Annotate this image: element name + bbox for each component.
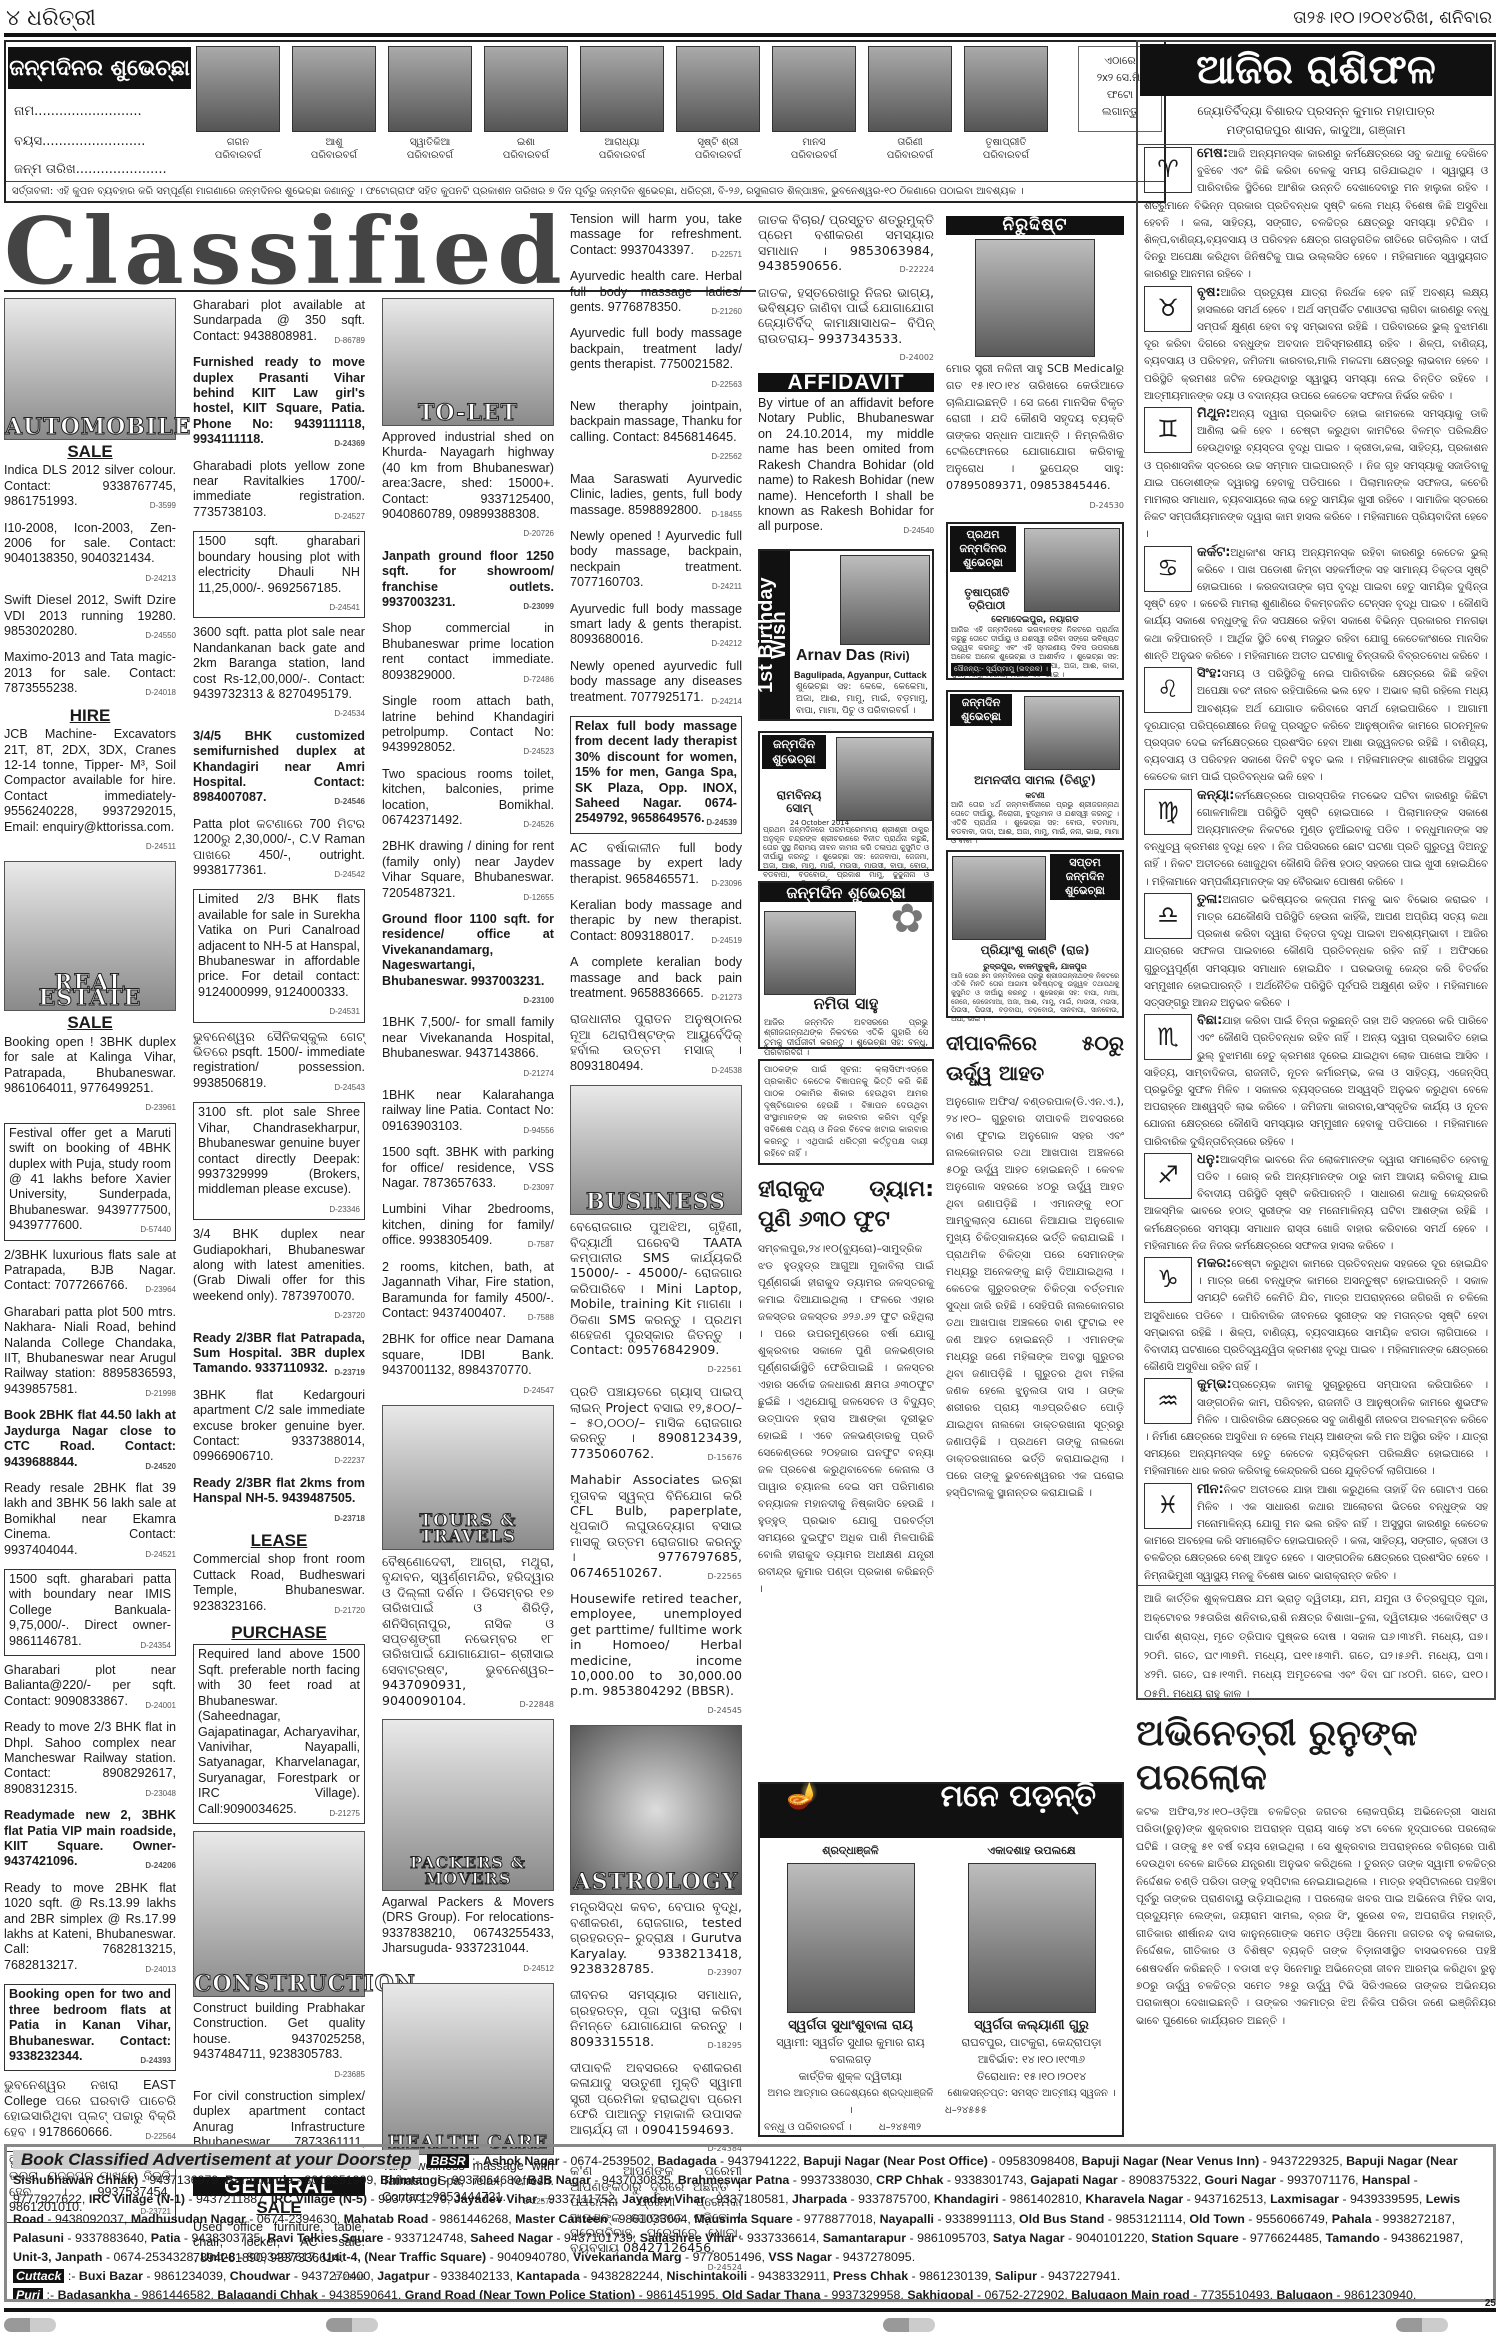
section-heading: SALE — [4, 1015, 176, 1030]
classified-ad: Relax full body massage from decent lady… — [570, 716, 742, 834]
classified-ad: Ayurvedic health care. Herbal full body … — [570, 269, 742, 319]
classified-ad: Swift Diesel 2012, Swift Dzire VDI 2013 … — [4, 593, 176, 643]
horoscope-sign: ♌ସିଂହ:ସମୟ ଓ ପରିସ୍ଥିତିକୁ ନେଇ ପାରିବାରିକ କ୍… — [1138, 665, 1494, 786]
person-name: ଇଶା — [484, 136, 568, 149]
classified-column-1: AUTOMOBILE SALE Indica DLS 2012 silver c… — [4, 298, 176, 2230]
classified-ad: Ready 2/3BR flat Patrapada, Sum Hospital… — [193, 1331, 365, 1381]
ad-code: D-24543 — [334, 1080, 365, 1095]
centre-name: Kantapada — [516, 2269, 579, 2283]
centre-name: Satya Nagar — [993, 2231, 1065, 2245]
classified-ad: ମନ୍ତ୍ରସିଦ୍ଧ କବଚ, ବେପାର ବୃଦ୍ଧି, ବଶୀକରଣ, ର… — [570, 1899, 742, 1980]
birthday-coupon-title: ଜନ୍ମଦିନର ଶୁଭେଚ୍ଛା — [8, 47, 191, 89]
wish-title: ଜନ୍ମଦିନ ଶୁଭେଚ୍ଛା — [950, 694, 1012, 726]
tours-label: TOURS & TRAVELS — [383, 1514, 553, 1545]
horoscope-sign: ♋କର୍କଟ:ଅଧିକାଂଶ ସମୟ ଅନ୍ୟମନସ୍କ ରହିବା କାରଣର… — [1138, 544, 1494, 665]
centre-phone: 9338991113 — [945, 2212, 1012, 2226]
centre-name: Samantarapur — [823, 2231, 906, 2245]
deceased-photo — [787, 1863, 915, 2013]
classified-ad: ଭୁବନେଶ୍ୱର ସୈନିକସ୍କୁଲ ଗେଟ୍ ଭିତରେ psqft. 1… — [193, 1030, 365, 1096]
memorial-right: ଏକାଦଶାହ ଉପଲକ୍ଷେ ସ୍ୱର୍ଗତା କଲ୍ୟାଣୀ ଗୁରୁ ରା… — [941, 1838, 1122, 2140]
sign-name: ମକର: — [1197, 1256, 1231, 1271]
memorial-label: ଶ୍ରଦ୍ଧାଞ୍ଜଳି — [764, 1842, 937, 1859]
ad-list: Commercial shop front room Cuttack Road,… — [193, 1552, 365, 1618]
ad-code: D-24521 — [145, 1547, 176, 1562]
centre-phone: 9438621987 — [1391, 2231, 1460, 2245]
classified-ad: New theraphy jointpain, backpain massage… — [570, 399, 742, 465]
memorial-line: କାର୍ତ୍ତିକ ଶୁକ୍ଳ ଦ୍ୱିତୀୟା — [764, 2068, 937, 2085]
centre-name: Sakhigopal — [907, 2288, 973, 2302]
ad-list: Indica DLS 2012 silver colour. Contact: … — [4, 463, 176, 700]
centre-name: Bhimtangi — [380, 2173, 441, 2187]
memorial-line: ଅମର ଆତ୍ମାର ଉଦ୍ଦେଶ୍ୟରେ ଶ୍ରଦ୍ଧାଞ୍ଜଳି । — [764, 2085, 937, 2119]
classified-ad: Booking open for two and three bedroom f… — [4, 1984, 176, 2071]
ad-code: D-23097 — [523, 1180, 554, 1195]
news-headline: ହୀରାକୁଦ ଡ୍ୟାମ: ପୁଣି ୬୩୦ ଫୁଟ — [758, 1175, 934, 1235]
ad-list: Booking open ! 3BHK duplex for sale at K… — [4, 1035, 176, 2223]
centre-phone: 9338402133 — [441, 2269, 510, 2283]
sign-name: କୁମ୍ଭ: — [1197, 1377, 1232, 1392]
classified-ad: Readymade new 2, 3BHK flat Patia VIP mai… — [4, 1808, 176, 1874]
astrologer-place: ମଙ୍ଗରାଜପୁର ଶାସନ, କାଦୁଆ, ଗଞ୍ଜାମ — [1138, 121, 1494, 140]
person-caption: ପରିବାରବର୍ଗ — [292, 149, 376, 162]
wish-title: ଜନ୍ମଦିନ ଶୁଭେଚ୍ଛା — [762, 735, 826, 769]
classified-ad: Tension will harm you, take massage for … — [570, 212, 742, 262]
classified-ad: 1500 sqft. gharabari patta with boundary… — [4, 1569, 176, 1656]
ad-code: D-24534 — [334, 706, 365, 721]
child-name-text: Arnav Das — [796, 647, 875, 664]
centre-name: Baramunda — [225, 2173, 293, 2187]
birthday-photo-card: ସୃଷ୍ଟି ଶ୍ରୀପରିବାରବର୍ଗ — [676, 46, 760, 162]
automobile-image: AUTOMOBILE — [4, 298, 176, 440]
classified-ad: 3/4/5 BHK customized semifurnished duple… — [193, 729, 365, 810]
classified-ad: 3BHK flat Kedargouri apartment C/2 sale … — [193, 1388, 365, 1469]
ad-code: D-3599 — [150, 498, 176, 513]
centre-name: Old Sadar Thana — [722, 2288, 820, 2302]
centre-phone: 9861095703 — [917, 2231, 986, 2245]
birthday-photo-card: ତୃଷାପ୍ରୀତିପରିବାରବର୍ଗ — [964, 46, 1048, 162]
ad-code: D-72486 — [523, 672, 554, 687]
classified-ad: Shop commercial in Bhubaneswar prime loc… — [382, 621, 554, 687]
ad-list: Required land above 1500 Sqft. preferabl… — [193, 1644, 365, 1823]
page-number: 25 — [1485, 2298, 1496, 2309]
centre-phone: 06752-272902 — [984, 2288, 1064, 2302]
centre-phone: 9437229325 — [1270, 2154, 1339, 2168]
ad-code: D-18295 — [708, 2038, 743, 2053]
birthday-wish-ramabinaya: ଜନ୍ମଦିନ ଶୁଭେଚ୍ଛା ରାମବିନୟ ସୋମ୍ 24 October… — [758, 731, 934, 871]
birthday-photo-card: ଆରାଧ୍ୟାପରିବାରବର୍ଗ — [580, 46, 664, 162]
centre-phone: 8018251909 — [304, 2173, 373, 2187]
page-date: ତା୨୫।୧୦।୨୦୧୪ରିଖ, ଶନିବାର — [1293, 8, 1492, 28]
centre-phone: 9861230139 — [919, 2269, 988, 2283]
centre-phone: 9938272187 — [1383, 2212, 1452, 2226]
ad-code: D-24538 — [711, 1063, 742, 1078]
ad-text: 3BHK flat Kedargouri apartment C/2 sale … — [193, 1388, 365, 1464]
classified-ad: Limited 2/3 BHK flats available for sale… — [193, 889, 365, 1022]
ad-code: D-21275 — [329, 1806, 360, 1821]
ad-code: D-24530 — [1090, 498, 1125, 515]
ad-code: D-18455 — [711, 507, 742, 522]
centre-phone: 9438332911 — [758, 2269, 826, 2283]
centre-name: Master Canteen — [515, 2212, 607, 2226]
ad-code: D-22563 — [711, 377, 742, 392]
centre-name: Palasuni — [13, 2231, 64, 2245]
sign-name: ମିଥୁନ: — [1197, 406, 1231, 421]
centre-phone: 9853121114 — [1115, 2212, 1182, 2226]
sign-text: ପ୍ରତ୍ୟେକ କାମକୁ ସୁଚାରୁରୂପେ ସମ୍ପାଦନା କରିପା… — [1144, 1379, 1488, 1477]
footer-lead: Book Classified Advertisement at your Do… — [13, 2150, 419, 2169]
construction-label: CONSTRUCTION — [194, 1977, 364, 1992]
region-tag: BBSR — [427, 2154, 468, 2168]
classified-ad: Maximo-2013 and Tata magic-2013 for sale… — [4, 650, 176, 700]
ad-code: D-24212 — [711, 636, 742, 651]
to-let-image: TO-LET — [382, 298, 554, 426]
ad-text: Approved industrial shed on Khurda- Naya… — [382, 430, 554, 521]
classified-ad: I10-2008, Icon-2003, Zen-2006 for sale. … — [4, 521, 176, 587]
deceased-name: ସ୍ୱର୍ଗତା କଲ୍ୟାଣୀ ଗୁରୁ — [945, 2017, 1118, 2034]
centre-phone: 8093497617 — [246, 2250, 315, 2264]
centre-phone: 9337883640 — [75, 2231, 144, 2245]
centre-name: Unit-8 — [200, 2250, 235, 2264]
horoscope-sign: ♏ବିଛା:ଯାହା କରିବା ପାଇଁ ଚିନ୍ତା କରୁଛନ୍ତି ତା… — [1138, 1012, 1494, 1151]
ad-text: 3600 sqft. patta plot sale near Nandanka… — [193, 625, 365, 701]
ad-list: Agarwal Packers & Movers (DRS Group). Fo… — [382, 1895, 554, 1976]
memorial-line: ତିରୋଧାନ: ୧୫।୧୦।୨୦୧୪ — [945, 2068, 1118, 2085]
centre-phone: 9861451995 — [646, 2288, 715, 2302]
classified-ad: 2 rooms, kitchen, bath, at Jagannath Vih… — [382, 1260, 554, 1326]
automobile-label: AUTOMOBILE — [5, 420, 175, 435]
ad-code: D-24354 — [140, 1638, 171, 1653]
horoscope-sign: ♎ତୁଳା:ଅନାଗତ ଭବିଷ୍ୟତର କଳ୍ପନା ମନକୁ ଭାବ ବିଭ… — [1138, 891, 1494, 1012]
classified-ad: 3100 sft. plot sale Shree Vihar, Chandra… — [193, 1102, 365, 1220]
memorial-line: ରାଘବପୁର, ପାଟକୁରା, କେନ୍ଦ୍ରାପଡ଼ା — [945, 2034, 1118, 2051]
centre-name: Mahatab Road — [344, 2212, 429, 2226]
classified-ad: Furnished ready to move duplex Prasanti … — [193, 355, 365, 451]
ad-code: D-24545 — [708, 1703, 743, 1718]
birthday-photo-card: ଇଶାପରିବାରବର୍ଗ — [484, 46, 568, 162]
sign-text: କର୍ମକ୍ଷେତ୍ରରେ ପାରସ୍ପରିକ ମତଭେଦ ଘଟିବା କାରଣ… — [1144, 790, 1488, 888]
birthday-photo-card: ଆଶୁପରିବାରବର୍ଗ — [292, 46, 376, 162]
centre-phone: 9337875700 — [858, 2192, 927, 2206]
ad-list: ବୈଷ୍ଣୋଦେବୀ, ଆଗ୍ରା, ମଥୁରା, ବୃନ୍ଦାବନ, ସ୍ୱର… — [382, 1554, 554, 1712]
ad-text: 3/4 BHK duplex near Gudiapokhari, Bhuban… — [193, 1227, 365, 1303]
sign-name: ତୁଳା: — [1197, 892, 1223, 907]
centre-name: Balagandi Chhak — [217, 2288, 318, 2302]
centre-phone: 9437211887 — [196, 2192, 264, 2206]
sagittarius-icon: ♐ — [1144, 1153, 1192, 1199]
person-photo — [764, 911, 856, 995]
sign-text: ଆକସ୍ମିକ ଭାବରେ ନିଜ ଲୋକମାନଙ୍କ ଦ୍ୱାରା ସମାଲୋ… — [1144, 1154, 1488, 1252]
news-headline: ଦୀପାବଳିରେ ୫୦ରୁ ଊର୍ଦ୍ଧ୍ୱ ଆହତ — [946, 1028, 1124, 1088]
person-name: ମାନସ — [772, 136, 856, 149]
ad-text: ବୈଷ୍ଣୋଦେବୀ, ଆଗ୍ରା, ମଥୁରା, ବୃନ୍ଦାବନ, ସ୍ୱର… — [382, 1554, 554, 1708]
wish-text: ଆଜି ତୋର ୪ର୍ଥ ଜନ୍ମବାର୍ଷିକୀରେ ପ୍ରଭୁ ଶ୍ରୀଜଗ… — [951, 800, 1119, 845]
centre-name: Bapuji Nagar (Near Venus Inn) — [1082, 2154, 1260, 2168]
wish-courtesy: ସୌଜନ୍ୟ:- ସୂର୍ଯ୍ୟମାମୁ (ଭଦ୍ରକ) । — [951, 663, 1051, 676]
birthday-photo-card: ଗଗନପରିବାରବର୍ଗ — [196, 46, 280, 162]
classified-ad: Ready to move 2BHK flat 1020 sqft. @ Rs.… — [4, 1881, 176, 1977]
sign-name: କର୍କଟ: — [1197, 545, 1230, 560]
centre-phone: 9778877018 — [804, 2212, 873, 2226]
centre-name: Station Square — [1151, 2231, 1238, 2245]
classified-ad: Gharabari plot available at Sundarpada @… — [193, 298, 365, 348]
person-name: ତୃଷାପ୍ରୀତି — [964, 136, 1048, 149]
aquarius-icon: ♒ — [1144, 1378, 1192, 1424]
person-name: ଆଶୁ — [292, 136, 376, 149]
horoscope-sign: ♑ମକର:ଚେଷ୍ଟା କରୁଥିବା କାମରେ ପ୍ରତିବନ୍ଧକ ସହଜ… — [1138, 1255, 1494, 1376]
ad-text: Booking open for two and three bedroom f… — [9, 1987, 171, 2063]
ad-code: D-57440 — [140, 1222, 171, 1237]
child-photo — [1024, 696, 1120, 770]
memorial-line: ସ୍ୱାମୀ: ସ୍ୱର୍ଗତ ସୁଧୀର କୁମାର ରାୟ — [764, 2034, 937, 2051]
person-photo — [292, 46, 376, 132]
centre-phone: 9337111752 — [548, 2192, 615, 2206]
affidavit-heading: AFFIDAVIT — [758, 373, 934, 392]
child-nick: (Rivi) — [880, 649, 910, 663]
ad-code: D-7588 — [528, 1310, 554, 1325]
classified-column-3: TO-LET Approved industrial shed on Khurd… — [382, 298, 554, 2216]
classified-ad: Commercial shop front room Cuttack Road,… — [193, 1552, 365, 1618]
person-photo — [388, 46, 472, 132]
sign-name: ବିଛା: — [1197, 1013, 1222, 1028]
centre-name: Nayapalli — [880, 2212, 934, 2226]
classified-ad: Maa Saraswati Ayurvedic Clinic, ladies, … — [570, 472, 742, 522]
horoscope-sign: ♈ମେଷ:ଆଜି ଅନ୍ୟମନସ୍କ କାରଣରୁ କର୍ମକ୍ଷେତ୍ରରେ … — [1138, 145, 1494, 284]
centre-phone: 9556066749 — [1256, 2212, 1325, 2226]
lamp-icon: 🪔 — [786, 1788, 818, 1805]
ad-code: D-22561 — [708, 1362, 743, 1377]
ad-code: D-24018 — [145, 685, 176, 700]
gemini-icon: ♊ — [1144, 407, 1192, 453]
section-heading: HIRE — [4, 708, 176, 723]
ad-list: Tension will harm you, take massage for … — [570, 212, 742, 1078]
health-care-image: HEALTH CARE — [382, 1983, 554, 2155]
person-name: ଗଗନ — [196, 136, 280, 149]
ad-code: D-24539 — [706, 815, 737, 830]
classified-column-2: Gharabari plot available at Sundarpada @… — [193, 298, 365, 2292]
news-headline: ଅଭିନେତ୍ରୀ ରୁନୁଙ୍କ ପରଲୋକ — [1136, 1712, 1496, 1800]
horoscope-sign: ♉ବୃଷ:ଆଜିର ପ୍ରତ୍ୟୂଷ ଯାତ୍ରା ନିରର୍ଥକ ହେବ ନା… — [1138, 284, 1494, 405]
birthday-coupon-strip: ଜନ୍ମଦିନର ଶୁଭେଚ୍ଛା ନାମ...................… — [4, 40, 1166, 203]
classified-ad: 2/3BHK luxurious flats sale at Patrapada… — [4, 1248, 176, 1298]
ad-text: Festival offer get a Maruti swift on boo… — [9, 1126, 171, 1232]
memorial-box: 🪔ମନେ ପଡ଼ନ୍ତି ଶ୍ରଦ୍ଧାଞ୍ଜଳି ସ୍ୱର୍ଗତା ସୁଧାଂ… — [758, 1782, 1124, 2137]
news-body: ସମ୍ବଲପୁର,୨୪।୧୦(ବ୍ୟୁରୋ)–ସାମୁଦ୍ରିକ ଝଡ ହୁଡ୍… — [758, 1241, 934, 1598]
sign-name: ମୀନ: — [1197, 1482, 1224, 1497]
ad-code: D-24550 — [145, 628, 176, 643]
centre-phone: 9337124748 — [394, 2231, 463, 2245]
centre-phone: 9861033004 — [618, 2212, 687, 2226]
classified-ad: ଜାତକ, ହସ୍ତରେଖାରୁ ନିଜର ଭାଗ୍ୟ, ଭବିଷ୍ୟତ ଜାଣ… — [758, 285, 934, 366]
classified-ad: 1500 sqft. 3BHK with parking for office/… — [382, 1145, 554, 1195]
horoscope-title: ଆଜିର ରାଶିଫଳ — [1140, 44, 1492, 96]
person-caption: ପରିବାରବର୍ଗ — [196, 149, 280, 162]
child-photo — [840, 555, 930, 645]
person-name: ସୃଷ୍ଟି ଶ୍ରୀ — [676, 136, 760, 149]
news-body: ଅନୁଗୋଳ ଅଫିସ/ ବଣ୍ଡରପାଳ(ଡି.ଏନ.ଏ.), ୨୪।୧୦– … — [946, 1094, 1124, 1502]
classified-column-4: Tension will harm you, take massage for … — [570, 212, 742, 2282]
page-paper-label: ୪ ଧରିତ୍ରୀ — [6, 6, 96, 31]
person-caption: ପରିବାରବର୍ଗ — [484, 149, 568, 162]
centre-phone: 9937329958 — [832, 2288, 901, 2302]
birthday-photo-card: ସ୍ୱାତିକିଆପରିବାରବର୍ଗ — [388, 46, 472, 162]
centre-phone: 9861402810 — [1010, 2192, 1079, 2206]
ad-code: D-24540 — [903, 523, 934, 538]
classified-ad: Keralian body massage and therapic by ne… — [570, 898, 742, 948]
ad-text: JCB Machine- Excavators 21T, 8T, 2DX, 3D… — [4, 727, 176, 833]
centre-phone: 9437162513 — [1194, 2192, 1263, 2206]
classified-ad: ଭୁବନେଶ୍ୱର ନଖରା EAST College ପରେ ଘରବାଡି ପ… — [4, 2078, 176, 2144]
missing-text: ମୋର ସ୍ତ୍ରୀ ନଳିନୀ ସାହୁ SCB Medicalରୁ ଗତ ୧… — [946, 362, 1124, 491]
birthday-wish-namita: ଜନ୍ମଦିନ ଶୁଭେଚ୍ଛା ✿ ନମିତା ସାହୁ ଆଜିର ଜନ୍ମଦ… — [758, 881, 934, 1049]
ad-code: D-7587 — [528, 1237, 554, 1252]
memorial-title: 🪔ମନେ ପଡ଼ନ୍ତି — [760, 1784, 1122, 1838]
sign-name: ବୃଷ: — [1197, 285, 1221, 300]
child-photo — [836, 737, 932, 821]
person-caption: ପରିବାରବର୍ଗ — [388, 149, 472, 162]
ad-code: D-22571 — [711, 247, 742, 262]
ad-code: D-22237 — [334, 1453, 365, 1468]
centre-name: Saheed Nagar — [470, 2231, 553, 2245]
centre-phone: 9861234039 — [154, 2269, 223, 2283]
memorial-footer-text: ବନ୍ଧୁ ଓ ପରିବାରବର୍ଗ । — [764, 2122, 852, 2133]
wish-text: ପ୍ରଥମ ଜନ୍ମଦିନରେ ପରମପ୍ରେମମୟ ଶ୍ରୀଶ୍ରୀ ଠାକୁ… — [763, 825, 929, 888]
ad-code: D-24547 — [523, 1383, 554, 1398]
centre-phone: 9337180581 — [716, 2192, 785, 2206]
centre-phone: 9337336614 — [747, 2231, 816, 2245]
ad-code: D-21273 — [711, 990, 742, 1005]
centre-name: Ravi Talkies Square — [267, 2231, 383, 2245]
centre-name: Gajapati Nagar — [1030, 2173, 1117, 2187]
centre-phone: 9438282244 — [591, 2269, 660, 2283]
centre-phone: 9937071176 — [1287, 2173, 1355, 2187]
centre-name: Sailashree Vihar — [640, 2231, 736, 2245]
news-actress-obituary: ଅଭିନେତ୍ରୀ ରୁନୁଙ୍କ ପରଲୋକ କଟକ ଅଫିସ,୨୪।୧୦–ଓ… — [1136, 1712, 1496, 2030]
centre-name: Old Bus Stand — [1019, 2212, 1104, 2226]
libra-icon: ♎ — [1144, 893, 1192, 939]
centre-name: Ashok Nagar — [483, 2154, 559, 2168]
memorial-label: ଏକାଦଶାହ ଉପଲକ୍ଷେ — [945, 1842, 1118, 1859]
astrologer-name: ଜ୍ୟୋତିର୍ବିଦ୍ୟା ବିଶାରଦ ପ୍ରସନ୍ନ କୁମାର ମହାପ… — [1138, 102, 1494, 121]
centre-name: Jayadev Vihar — [622, 2192, 705, 2206]
centre-name: Choudwar — [230, 2269, 291, 2283]
ad-text: ଜାତକ, ହସ୍ତରେଖାରୁ ନିଜର ଭାଗ୍ୟ, ଭବିଷ୍ୟତ ଜାଣ… — [758, 285, 934, 346]
classified-ad: 3600 sqft. patta plot sale near Nandanka… — [193, 625, 365, 721]
pisces-icon: ♓ — [1144, 1483, 1192, 1529]
region-tag: Cuttack — [13, 2269, 64, 2283]
classified-ad: 1BHK 7,500/- for small family near Vivek… — [382, 1015, 554, 1081]
booking-centres-footer: Book Classified Advertisement at your Do… — [4, 2144, 1496, 2302]
centre-name: Brahmeswar Patna — [678, 2173, 790, 2187]
classified-ad: Agarwal Packers & Movers (DRS Group). Fo… — [382, 1895, 554, 1976]
person-photo — [868, 46, 952, 132]
wish-title: ସପ୍ତମ ଜନ୍ମଦିନ ଶୁଭେଚ୍ଛା — [1050, 854, 1120, 900]
ad-text: Gharabari patta plot 500 mtrs. Nakhara- … — [4, 1305, 176, 1396]
news-body: କଟକ ଅଫିସ,୨୪।୧୦–ଓଡ଼ିଆ ଚଳଚ୍ଚିତ୍ର ଜଗତର ଲୋକପ… — [1136, 1804, 1496, 2030]
centre-name: IRC Village (N-1) — [89, 2192, 185, 2206]
classified-ad: Festival offer get a Maruti swift on boo… — [4, 1123, 176, 1241]
readers-notice: ପାଠକଙ୍କ ପାଇଁ ସୂଚନା: କ୍ଲାସିଫାଏଡ୍‌ରେ ପ୍ରକା… — [758, 1059, 934, 1165]
person-caption: ପରିବାରବର୍ଗ — [676, 149, 760, 162]
ad-code: D-24369 — [334, 436, 365, 451]
centre-name: Tamando — [1326, 2231, 1380, 2245]
centre-phone: 9437030835 — [602, 2173, 671, 2187]
child-name: ଅମନଦୀପ ସାମଲ (ଚିଣ୍ଟୁ) — [948, 774, 1122, 787]
classified-ad: 2BHK drawing / dining for rent (family o… — [382, 839, 554, 905]
classified-ad: ଦୀପାବଳି ଅବସରରେ ବଶୀକରଣ କଳାଯାଦୁ ସଉତୁଣୀ ମୁକ… — [570, 2060, 742, 2156]
classified-ad: Patta plot କଟଣାରେ 700 ମିଟର 1200ରୁ 2,30,0… — [193, 817, 365, 883]
memorial-footer: ବନ୍ଧୁ ଓ ପରିବାରବର୍ଗ । ଧ–୨୪୫୩୨ — [764, 2119, 937, 2136]
centre-name: Hanspal — [1362, 2173, 1410, 2187]
centre-name: VSS Nagar — [768, 2250, 831, 2264]
centre-name: Madhusudan Nagar — [131, 2212, 246, 2226]
ad-code: D-24527 — [334, 509, 365, 524]
ad-code: D-24546 — [334, 794, 365, 809]
ad-code: D-24512 — [523, 1961, 554, 1976]
centre-name: Badasankha — [58, 2288, 131, 2302]
ad-text: Ground floor 1100 sqft. for residence/ o… — [382, 912, 554, 988]
ad-code: D-94556 — [523, 1123, 554, 1138]
coupon-terms: ସର୍ତ୍ତାବଳୀ: ଏହି କୁପନ ବ୍ୟବହାର କରି ସମ୍ପୂର୍… — [6, 181, 1164, 201]
centre-phone: 0674-2539502 — [571, 2154, 651, 2168]
memorial-line: ବଗଲଗଡ଼ — [764, 2051, 937, 2068]
memorial-left: ଶ୍ରଦ୍ଧାଞ୍ଜଳି ସ୍ୱର୍ଗତା ସୁଧାଂଶୁବାଳା ରାୟ ସ୍… — [760, 1838, 941, 2140]
business-image: BUSINESS — [570, 1085, 742, 1215]
centre-name: Gouri Nagar — [1205, 2173, 1277, 2187]
bottom-rule — [4, 2308, 1496, 2312]
to-let-label: TO-LET — [383, 406, 553, 421]
ad-code: D-24214 — [711, 694, 742, 709]
wish-text: ଶୁଭେଚ୍ଛା ସହ: କେକେ, କେକେମା, ଅଜା, ଆଈ, ମାମୁ… — [796, 681, 928, 717]
horoscope-sign: ♍କନ୍ୟା:କର୍ମକ୍ଷେତ୍ରରେ ପାରସ୍ପରିକ ମତଭେଦ ଘଟି… — [1138, 787, 1494, 891]
registration-mark — [4, 2318, 56, 2332]
sign-text: ସମୟ ଓ ପରିସ୍ଥିତିକୁ ନେଇ ପାରିବାରିକ କ୍ଷେତ୍ରର… — [1144, 668, 1488, 783]
ad-text: Booking open ! 3BHK duplex for sale at K… — [4, 1035, 176, 1095]
child-photo — [952, 856, 1046, 940]
classified-column-5: ଜାତକ ବିଚାର/ ପ୍ରସ୍ତୁତ ଶତ୍ରୁମୁକ୍ତି ପ୍ରେମ ବ… — [758, 212, 934, 1598]
ad-text: 1500 sqft. gharabari boundary housing pl… — [198, 534, 360, 594]
section-heading: SALE — [4, 444, 176, 459]
ad-code: D-24531 — [329, 1004, 360, 1019]
astrology-label: ASTROLOGY — [571, 1875, 741, 1890]
first-birthday-wish: 1st Birthday Wish Arnav Das (Rivi) Bagul… — [758, 549, 934, 721]
ad-code: D-24520 — [145, 1459, 176, 1474]
registration-mark — [326, 2318, 378, 2332]
memorial-line: ଶୋକସନ୍ତପ୍ତ: ସମସ୍ତ ଆତ୍ମୀୟ ସ୍ୱଜନ । — [945, 2085, 1118, 2102]
centre-name: Unit-3, Janpath — [13, 2250, 103, 2264]
cancer-icon: ♋ — [1144, 546, 1192, 592]
ad-text: Ready resale 2BHK flat 39 lakh and 3BHK … — [4, 1481, 176, 1557]
ad-text: Agarwal Packers & Movers (DRS Group). Fo… — [382, 1895, 554, 1955]
birthday-wish-amandeep: ଜନ୍ମଦିନ ଶୁଭେଚ୍ଛା ଅମନଦୀପ ସାମଲ (ଚିଣ୍ଟୁ) କଟ… — [946, 690, 1124, 840]
ad-code: D-23720 — [334, 1308, 365, 1323]
sign-name: ଧନୁ: — [1197, 1152, 1220, 1167]
classified-ad: Newly opened ! Ayurvedic full body massa… — [570, 529, 742, 595]
ad-code: D-24393 — [140, 2053, 171, 2068]
centre-name: Nischintakoili — [667, 2269, 748, 2283]
tours-travels-image: TOURS & TRAVELS — [382, 1405, 554, 1550]
ad-code: D-23096 — [711, 876, 742, 891]
centre-name: Jayadev Vihar — [454, 2192, 537, 2206]
horoscope-sign: ♐ଧନୁ:ଆକସ୍ମିକ ଭାବରେ ନିଜ ଲୋକମାନଙ୍କ ଦ୍ୱାରା … — [1138, 1151, 1494, 1255]
ad-code: D-24001 — [145, 1698, 176, 1713]
centre-phone: 7735510493 — [1201, 2288, 1270, 2302]
missing-person-photo — [975, 239, 1095, 357]
child-name: ପ୍ରିୟାଂଶୁ କାଣ୍ଟି (ରାଜ) — [948, 944, 1122, 957]
sign-text: ଯାହା କରିବା ପାଇଁ ଚିନ୍ତା କରୁଛନ୍ତି ତାହା ଅତି… — [1144, 1015, 1488, 1147]
deceased-name: ସ୍ୱର୍ଗତା ସୁଧାଂଶୁବାଳା ରାୟ — [764, 2017, 937, 2034]
classified-ad: Housewife retired teacher, employee, une… — [570, 1591, 742, 1718]
ad-code: D-15676 — [708, 1450, 743, 1465]
